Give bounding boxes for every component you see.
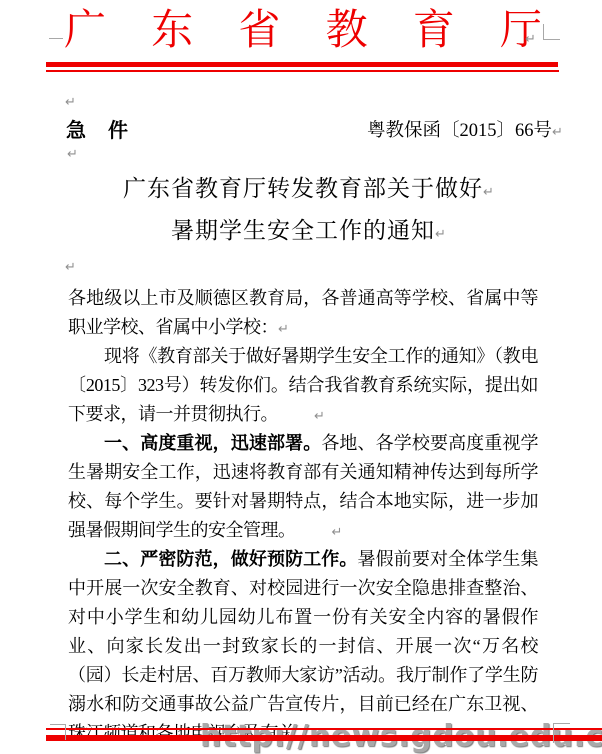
urgency-label: 急 件 — [66, 114, 129, 143]
agency-char: 教 — [326, 8, 368, 54]
cropmark-top-right — [543, 24, 544, 40]
title-line-2-text: 暑期学生安全工作的通知 — [171, 218, 435, 243]
body-paragraph: 一、高度重视，迅速部署。各地、各学校要高度重视学生暑期安全工作，迅速将教育部有关… — [68, 429, 538, 545]
document-number-text: 粤教保函〔2015〕66号 — [367, 121, 552, 141]
body-paragraph: 各地级以上市及顺德区教育局，各普通高等学校、省属中等职业学校、省属中小学校：↵ — [68, 284, 538, 342]
cropmark-bottom-right — [553, 723, 554, 743]
title-line-1: 广东省教育厅转发教育部关于做好↵ — [68, 168, 538, 210]
paragraph-mark: ↵ — [525, 33, 536, 46]
cropmark-top-right — [543, 39, 560, 40]
cropmark-top-left — [49, 38, 63, 39]
agency-char: 育 — [413, 8, 455, 54]
title-line-2: 暑期学生安全工作的通知↵ — [68, 210, 538, 252]
paragraph-lead: 一、高度重视，迅速部署。 — [104, 433, 321, 453]
agency-char: 东 — [151, 8, 193, 54]
document-number: 粤教保函〔2015〕66号↵ — [367, 116, 552, 142]
letterhead-rule-thin — [46, 70, 559, 72]
agency-char: 省 — [238, 8, 280, 54]
paragraph-mark: ↵ — [67, 148, 78, 161]
agency-char: 广 — [64, 8, 106, 54]
footer-rule-thick — [46, 735, 602, 741]
cropmark-bottom-right — [553, 723, 570, 724]
footer-rule-thin — [46, 728, 602, 730]
title-line-1-text: 广东省教育厅转发教育部关于做好 — [123, 176, 483, 201]
body-text: 各地级以上市及顺德区教育局，各普通高等学校、省属中等职业学校、省属中小学校：↵现… — [68, 284, 538, 748]
letterhead-rule-thick — [46, 62, 558, 67]
paragraph-mark: ↵ — [65, 261, 76, 274]
paragraph-mark: ↵ — [65, 96, 76, 109]
cropmark-bottom-left — [65, 724, 66, 740]
agency-name: 广 东 省 教 育 厅 — [64, 8, 542, 56]
cropmark-bottom-left — [50, 724, 66, 725]
body-paragraph: 二、严密防范，做好预防工作。暑假前要对全体学生集中开展一次安全教育、对校园进行一… — [68, 545, 538, 748]
paragraph-lead: 二、严密防范，做好预防工作。 — [104, 549, 358, 569]
body-paragraph: 现将《教育部关于做好暑期学生安全工作的通知》（教电〔2015〕323号）转发你们… — [68, 342, 538, 429]
document-page: 广 东 省 教 育 厅 ↵ ↵ ↵ ↵ 急 件 粤教保函〔2015〕66号↵ 广… — [0, 0, 602, 754]
document-title: 广东省教育厅转发教育部关于做好↵ 暑期学生安全工作的通知↵ — [68, 168, 538, 252]
agency-char: 厅 — [500, 8, 542, 54]
